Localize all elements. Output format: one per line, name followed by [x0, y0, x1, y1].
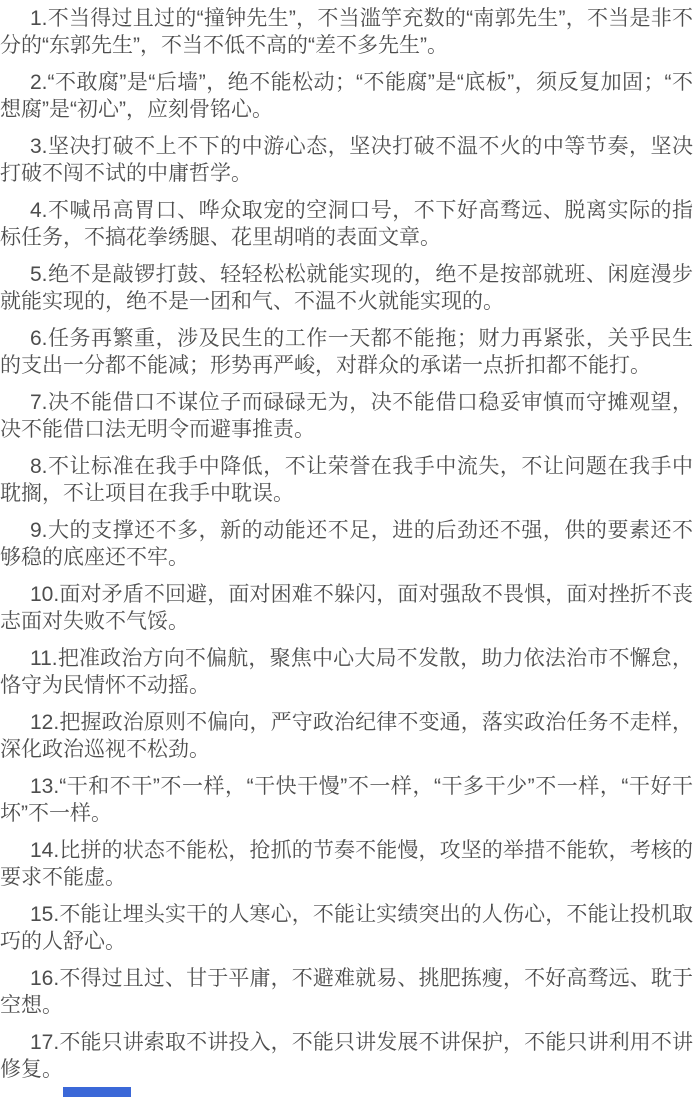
document-page: 1.不当得过且过的“撞钟先生”，不当滥竽充数的“南郭先生”，不当是非不分的“东郭… [0, 0, 693, 1083]
paragraph-14: 14.比拼的状态不能松，抢抓的节奏不能慢，攻坚的举措不能软，考核的要求不能虚。 [0, 837, 693, 891]
paragraph-3: 3.坚决打破不上不下的中游心态，坚决打破不温不火的中等节奏，坚决打破不闯不试的中… [0, 133, 693, 187]
paragraph-8: 8.不让标准在我手中降低，不让荣誉在我手中流失，不让问题在我手中耽搁，不让项目在… [0, 453, 693, 507]
paragraph-17: 17.不能只讲索取不讲投入，不能只讲发展不讲保护，不能只讲利用不讲修复。 [0, 1029, 693, 1083]
bottom-accent-bar [63, 1087, 131, 1097]
paragraph-10: 10.面对矛盾不回避，面对困难不躲闪，面对强敌不畏惧，面对挫折不丧志面对失败不气… [0, 581, 693, 635]
paragraph-2: 2.“不敢腐”是“后墙”，绝不能松动；“不能腐”是“底板”，须反复加固；“不想腐… [0, 69, 693, 123]
paragraph-16: 16.不得过且过、甘于平庸，不避难就易、挑肥拣瘦，不好高骛远、耽于空想。 [0, 965, 693, 1019]
paragraph-5: 5.绝不是敲锣打鼓、轻轻松松就能实现的，绝不是按部就班、闲庭漫步就能实现的，绝不… [0, 261, 693, 315]
paragraph-12: 12.把握政治原则不偏向，严守政治纪律不变通，落实政治任务不走样，深化政治巡视不… [0, 709, 693, 763]
paragraph-9: 9.大的支撑还不多，新的动能还不足，进的后劲还不强，供的要素还不够稳的底座还不牢… [0, 517, 693, 571]
paragraph-1: 1.不当得过且过的“撞钟先生”，不当滥竽充数的“南郭先生”，不当是非不分的“东郭… [0, 5, 693, 59]
paragraph-13: 13.“干和不干”不一样，“干快干慢”不一样，“干多干少”不一样，“干好干坏”不… [0, 773, 693, 827]
paragraph-list: 1.不当得过且过的“撞钟先生”，不当滥竽充数的“南郭先生”，不当是非不分的“东郭… [0, 5, 693, 1083]
paragraph-11: 11.把准政治方向不偏航，聚焦中心大局不发散，助力依法治市不懈怠，恪守为民情怀不… [0, 645, 693, 699]
paragraph-6: 6.任务再繁重，涉及民生的工作一天都不能拖；财力再紧张，关乎民生的支出一分都不能… [0, 325, 693, 379]
paragraph-15: 15.不能让埋头实干的人寒心，不能让实绩突出的人伤心，不能让投机取巧的人舒心。 [0, 901, 693, 955]
paragraph-7: 7.决不能借口不谋位子而碌碌无为，决不能借口稳妥审慎而守摊观望，决不能借口法无明… [0, 389, 693, 443]
paragraph-4: 4.不喊吊高胃口、哗众取宠的空洞口号，不下好高骛远、脱离实际的指标任务，不搞花拳… [0, 197, 693, 251]
